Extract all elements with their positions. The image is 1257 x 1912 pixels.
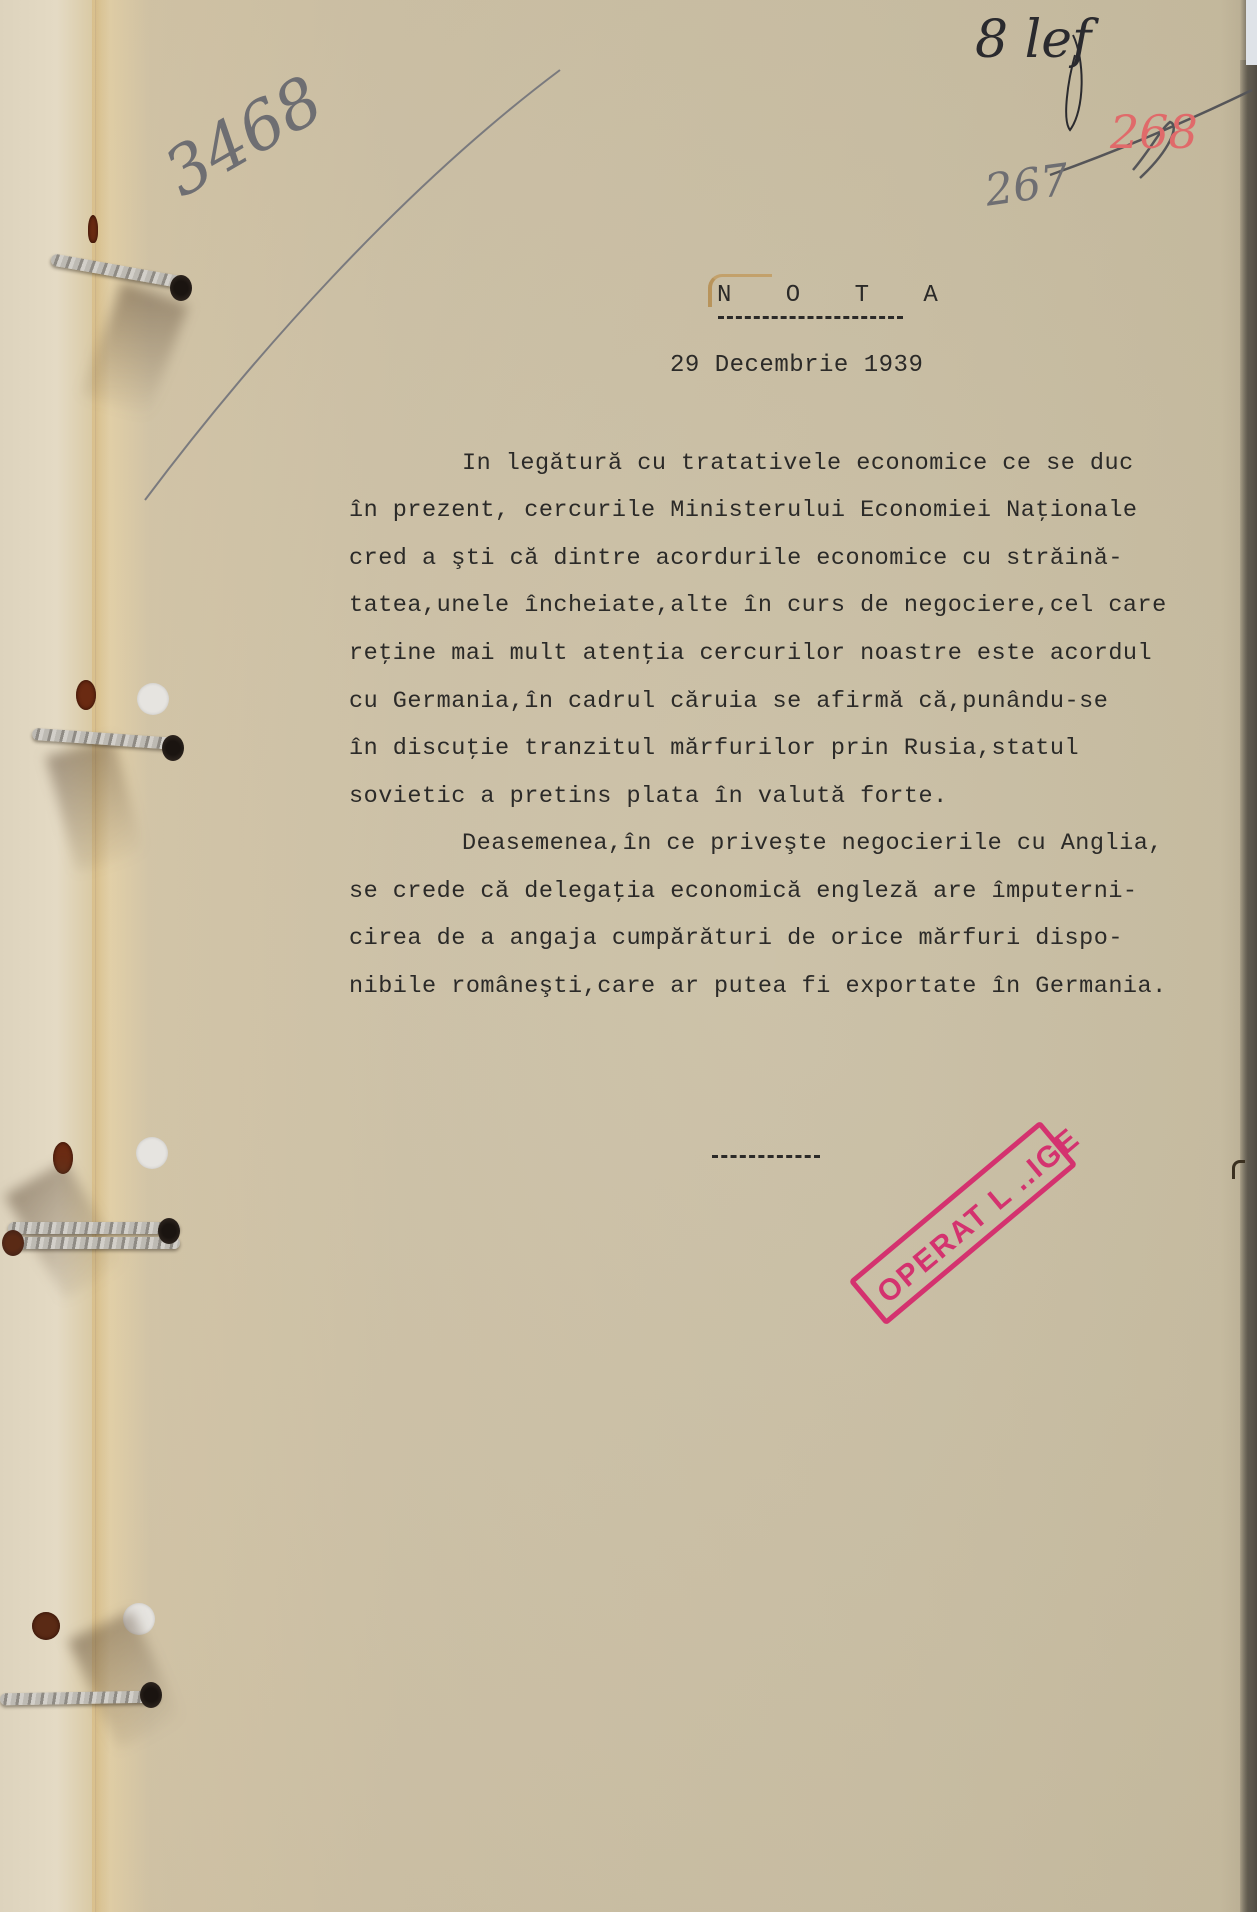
text-line: în prezent, cercurile Ministerului Econo… xyxy=(349,497,1138,524)
file-number-annotation: 3468 xyxy=(152,61,336,212)
punch-hole-icon xyxy=(76,680,96,710)
binding-string-icon xyxy=(8,1222,180,1234)
text-line: sovietic a pretins plata în valută forte… xyxy=(349,783,948,810)
folio-annotation: 8 lef xyxy=(975,10,1091,70)
text-line: Deasemenea,în ce priveşte negocierile cu… xyxy=(462,830,1163,857)
text-line: tatea,unele încheiate,alte în curs de ne… xyxy=(349,592,1167,619)
string-knot-icon xyxy=(2,1230,24,1256)
string-knot-icon xyxy=(170,275,192,301)
string-knot-icon xyxy=(162,735,184,761)
text-line: cred a şti că dintre acordurile economic… xyxy=(349,545,1123,572)
text-line: cirea de a angaja cumpărături de orice m… xyxy=(349,925,1123,952)
text-line: se crede că delegaţia economică engleză … xyxy=(349,878,1138,905)
binding-string-icon xyxy=(8,1237,180,1249)
string-knot-icon xyxy=(140,1682,162,1708)
text-line: în discuţie tranzitul mărfurilor prin Ru… xyxy=(349,735,1079,762)
document-title: N O T A xyxy=(717,282,958,309)
text-line: In legătură cu tratativele economice ce … xyxy=(462,450,1134,477)
punch-hole-icon xyxy=(136,1137,168,1169)
document-date: 29 Decembrie 1939 xyxy=(670,352,923,379)
edge-ink-mark xyxy=(1232,1160,1245,1179)
punch-hole-icon xyxy=(88,215,98,243)
string-knot-icon xyxy=(158,1218,180,1244)
text-line: cu Germania,în cadrul căruia se afirmă c… xyxy=(349,688,1108,715)
archival-page: 3468 8 lef 267 268 N O T A 29 Decembrie … xyxy=(0,0,1257,1912)
folio-red-number: 268 xyxy=(1110,105,1198,159)
punch-hole-icon xyxy=(32,1612,60,1640)
text-line: nibile româneşti,care ar putea fi export… xyxy=(349,973,1167,1000)
operational-stamp: OPERAT L ..IGE xyxy=(849,1120,1078,1325)
punch-hole-icon xyxy=(137,683,169,715)
title-underline xyxy=(718,316,903,319)
background-corner xyxy=(1246,0,1257,65)
closing-separator xyxy=(712,1155,820,1158)
text-line: reţine mai mult atenţia cercurilor noast… xyxy=(349,640,1152,667)
page-right-edge xyxy=(1240,60,1257,1912)
folio-pencil-number: 267 xyxy=(982,154,1072,216)
